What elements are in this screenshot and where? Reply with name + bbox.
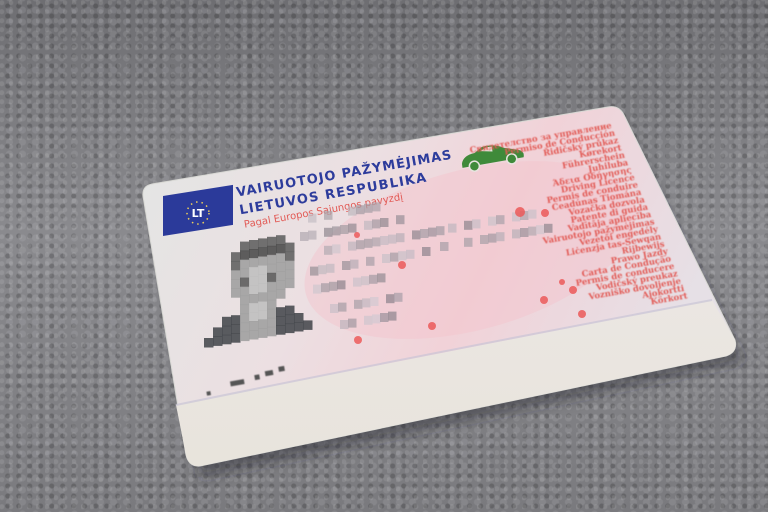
flag-country-code: LT: [192, 207, 205, 220]
card-svg: LT VAIRUOTOJO PAŽYMĖJIMAS LIETUVOS RESPU…: [0, 0, 768, 512]
driving-licence-card: LT VAIRUOTOJO PAŽYMĖJIMAS LIETUVOS RESPU…: [0, 0, 768, 512]
